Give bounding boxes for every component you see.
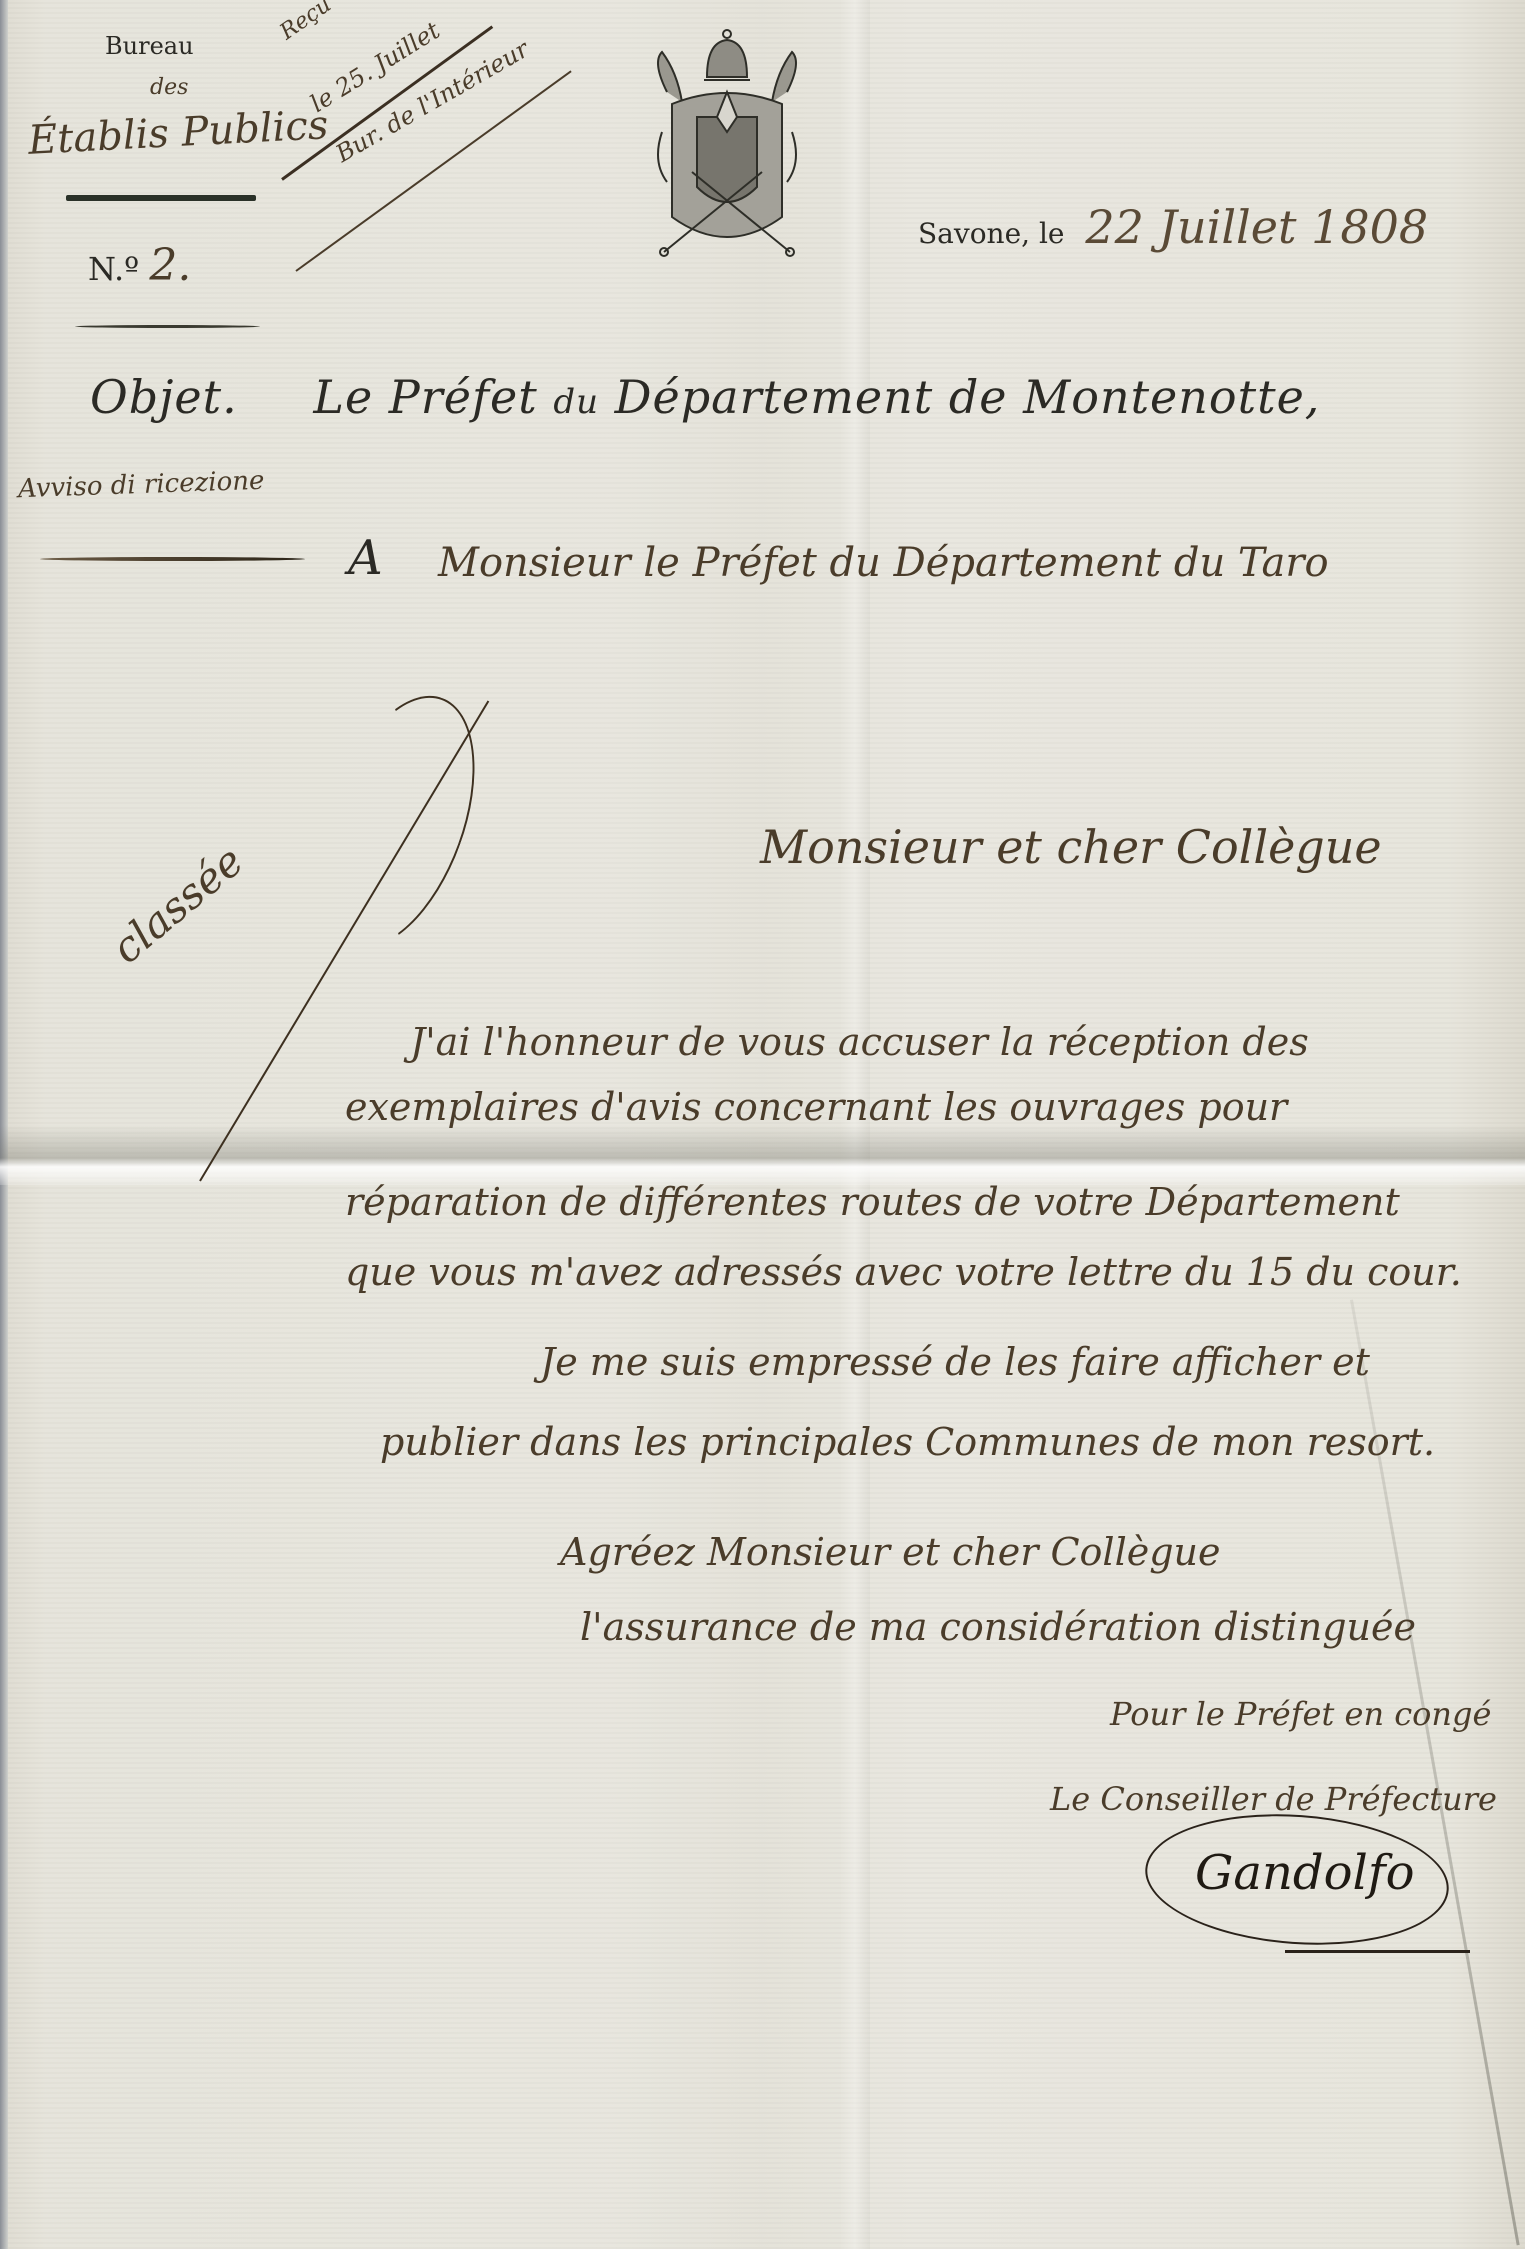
- closing-line-1: Pour le Préfet en congé: [1110, 1695, 1491, 1733]
- heading-department: Département de Montenotte,: [615, 370, 1321, 424]
- to-prefix: A: [348, 530, 383, 586]
- heading-prefect: Le Préfet: [313, 370, 537, 424]
- signature: Gandolfo: [1195, 1845, 1415, 1901]
- office-des: des: [150, 75, 188, 100]
- heading-du: du: [553, 382, 599, 422]
- closing-line-2: Le Conseiller de Préfecture: [1050, 1780, 1497, 1818]
- number-label: N.º: [88, 250, 139, 288]
- letterhead-wave-rule: [75, 325, 260, 328]
- greeting: Monsieur et cher Collègue: [760, 820, 1382, 874]
- number-value: 2.: [149, 240, 191, 291]
- place-prefix: Savone, le: [918, 217, 1064, 250]
- body-line: Agréez Monsieur et cher Collègue: [560, 1530, 1221, 1574]
- heading-objet: Objet.: [90, 370, 238, 424]
- letterhead-rule: [66, 195, 256, 201]
- body-line: exemplaires d'avis concernant les ouvrag…: [345, 1085, 1287, 1129]
- body-line: publier dans les principales Communes de…: [380, 1420, 1435, 1464]
- office-label: Bureau: [105, 32, 194, 60]
- dateline: Savone, le 22 Juillet 1808: [918, 200, 1428, 254]
- imperial-coat-of-arms-icon: [642, 22, 812, 272]
- date-handwritten: 22 Juillet 1808: [1085, 200, 1428, 254]
- body-line: Je me suis empressé de les faire affiche…: [540, 1340, 1370, 1384]
- body-line: J'ai l'honneur de vous accuser la récept…: [410, 1020, 1309, 1064]
- body-line: l'assurance de ma considération distingu…: [580, 1605, 1416, 1649]
- body-line: que vous m'avez adressés avec votre lett…: [345, 1250, 1462, 1294]
- addressee: Monsieur le Préfet du Département du Tar…: [438, 540, 1329, 586]
- signature-underline: [1285, 1950, 1470, 1953]
- letter-heading: Objet. Le Préfet du Département de Monte…: [90, 370, 1320, 424]
- flourish-dash: [40, 557, 305, 561]
- body-line: réparation de différentes routes de votr…: [345, 1180, 1400, 1224]
- document-number: N.º 2.: [88, 240, 191, 291]
